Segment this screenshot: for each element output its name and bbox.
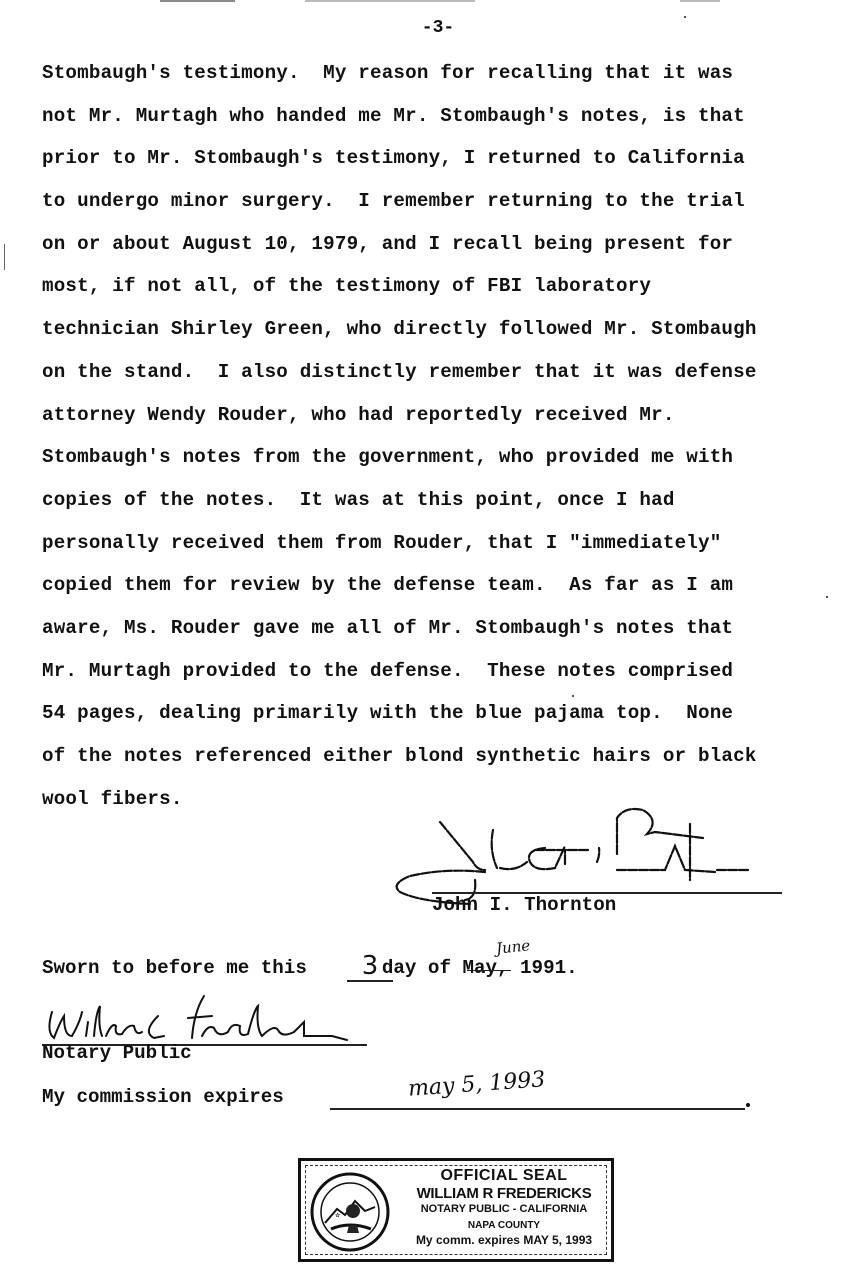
commission-date: may 5, 1993 (407, 1067, 546, 1102)
body-line: Mr. Murtagh provided to the defense. The… (42, 656, 842, 699)
seal-title: OFFICIAL SEAL (397, 1167, 611, 1185)
seal-notary-state: NOTARY PUBLIC - CALIFORNIA (397, 1202, 611, 1217)
body-line: copied them for review by the defense te… (42, 570, 842, 613)
body-line: to undergo minor surgery. I remember ret… (42, 186, 842, 229)
body-line: of the notes referenced either blond syn… (42, 741, 842, 784)
body-line: on or about August 10, 1979, and I recal… (42, 229, 842, 272)
jurat-day: 3 (347, 952, 393, 982)
body-line: attorney Wendy Rouder, who had reportedl… (42, 400, 842, 443)
seal-county: NAPA COUNTY (397, 1219, 611, 1233)
body-line: on the stand. I also distinctly remember… (42, 357, 842, 400)
signer-name: John I. Thornton (432, 894, 616, 916)
body-line: technician Shirley Green, who directly f… (42, 314, 842, 357)
scan-top-edge (0, 0, 860, 3)
body-line: 54 pages, dealing primarily with the blu… (42, 698, 842, 741)
seal-expiration: My comm. expires MAY 5, 1993 (397, 1233, 611, 1247)
notary-label: Notary Public (42, 1042, 192, 1064)
body-line: not Mr. Murtagh who handed me Mr. Stomba… (42, 101, 842, 144)
jurat-prefix: Sworn to before me this (42, 957, 318, 979)
seal-text-block: OFFICIAL SEAL WILLIAM R FREDERICKS NOTAR… (397, 1167, 611, 1247)
scan-margin-mark (4, 244, 5, 270)
month-strikethrough (467, 970, 511, 971)
body-line: most, if not all, of the testimony of FB… (42, 271, 842, 314)
seal-notary-name: WILLIAM R FREDERICKS (397, 1185, 611, 1202)
official-seal-stamp: ☆ OFFICIAL SEAL WILLIAM R FREDERICKS NOT… (298, 1158, 614, 1262)
commission-label: My commission expires (42, 1086, 284, 1108)
month-correction: June (495, 936, 531, 957)
affidavit-body: Stombaugh's testimony. My reason for rec… (42, 58, 842, 826)
commission-period (746, 1103, 750, 1107)
notary-signature-icon (42, 992, 372, 1044)
body-line: copies of the notes. It was at this poin… (42, 485, 842, 528)
commission-line (330, 1108, 745, 1110)
state-seal-emblem-icon: ☆ (309, 1171, 391, 1253)
svg-text:☆: ☆ (335, 1212, 341, 1219)
jurat-statement: Sworn to before me this day of May, 1991… (42, 957, 578, 979)
body-line: Stombaugh's notes from the government, w… (42, 442, 842, 485)
body-line: aware, Ms. Rouder gave me all of Mr. Sto… (42, 613, 842, 656)
body-line: Stombaugh's testimony. My reason for rec… (42, 58, 842, 101)
jurat-suffix: day of May, 1991. (370, 957, 577, 979)
page-number: -3- (0, 18, 860, 38)
body-line: prior to Mr. Stombaugh's testimony, I re… (42, 143, 842, 186)
body-line: personally received them from Rouder, th… (42, 528, 842, 571)
